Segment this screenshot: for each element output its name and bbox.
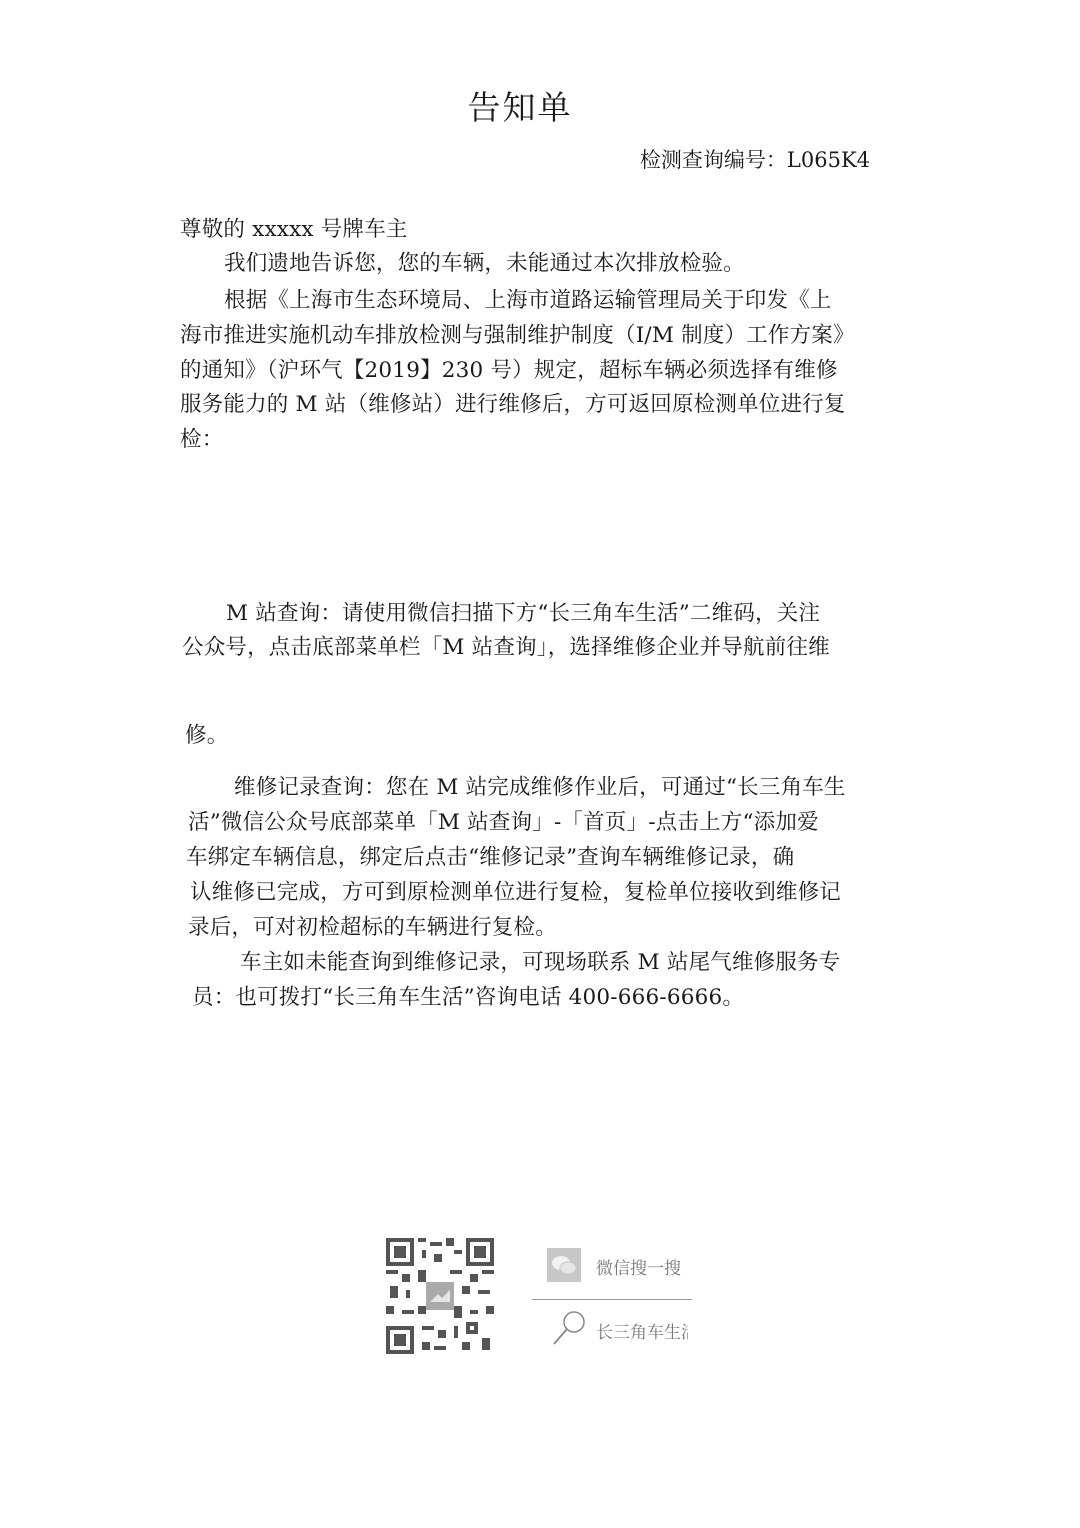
body-line: 维修记录查询：您在 M 站完成维修作业后，可通过“长三角车生 xyxy=(234,770,846,801)
body-line: 我们遗地告诉您，您的车辆，未能通过本次排放检验。 xyxy=(224,246,745,277)
divider xyxy=(532,1299,692,1300)
body-line: 尊敬的 xxxxx 号牌车主 xyxy=(180,212,408,243)
body-line: 根据《上海市生态环境局、上海市道路运输管理局关于印发《上 xyxy=(224,283,832,314)
wechat-search-label: 微信搜一搜 xyxy=(596,1254,681,1279)
body-line: 修。 xyxy=(185,718,228,749)
body-line: 录后，可对初检超标的车辆进行复检。 xyxy=(188,910,557,941)
qr-code-icon xyxy=(386,1238,494,1354)
body-line: 服务能力的 M 站（维修站）进行维修后，方可返回原检测单位进行复 xyxy=(180,387,846,418)
body-line: M 站查询：请使用微信扫描下方“长三角车生活”二维码，关注 xyxy=(226,596,820,627)
search-icon xyxy=(550,1306,590,1346)
body-line: 检： xyxy=(180,422,223,453)
body-line: 车主如未能查询到维修记录，可现场联系 M 站尾气维修服务专 xyxy=(240,945,841,976)
body-line: 的通知》（沪环气【2019】230 号）规定，超标车辆必须选择有维修 xyxy=(180,353,838,384)
body-line: 员：也可拨打“长三角车生活”咨询电话 400-666-6666。 xyxy=(192,980,744,1011)
query-code: 检测查询编号：L065K4 xyxy=(640,144,870,174)
body-line: 车绑定车辆信息，绑定后点击“维修记录”查询车辆维修记录，确 xyxy=(186,840,794,871)
body-line: 活”微信公众号底部菜单「M 站查询」-「首页」-点击上方“添加爱 xyxy=(188,805,819,836)
body-line: 认维修已完成，方可到原检测单位进行复检，复检单位接收到维修记 xyxy=(190,875,841,906)
body-line: 公众号，点击底部菜单栏「M 站查询」，选择维修企业并导航前往维 xyxy=(182,630,830,661)
document-title: 告知单 xyxy=(0,82,1040,129)
body-line: 海市推进实施机动车排放检测与强制维护制度（I/M 制度）工作方案》 xyxy=(180,318,855,349)
wechat-logo-icon xyxy=(547,1248,581,1282)
account-name: 长三角车生活 xyxy=(596,1318,688,1343)
